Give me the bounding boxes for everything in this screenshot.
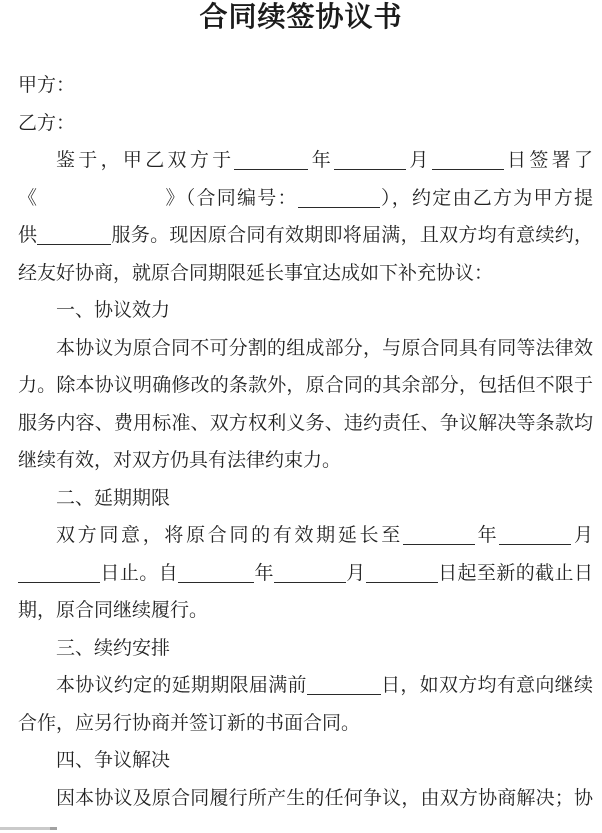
section-2-line-2: 日止。自年月日起至新的截止日: [18, 555, 593, 593]
text-run: 继续有效，对双方仍具有法律约束力。: [18, 450, 341, 471]
section-3-line-1: 本协议约定的延期期限届满前日，如双方均有意向继续: [18, 667, 593, 705]
section-2-line-1: 双方同意，将原合同的有效期延长至年月: [18, 517, 593, 555]
text-run: 服务内容、费用标准、双方权利义务、违约责任、争议解决等条款均: [18, 413, 593, 434]
text-run: 本协议约定的延期期限届满前: [56, 675, 307, 696]
preamble-line-3: 供服务。现因原合同有效期即将届满，且双方均有意续约，: [18, 217, 593, 255]
fill-in-blank-underline: [403, 544, 475, 545]
preamble-line-4: 经友好协商，就原合同期限延长事宜达成如下补充协议：: [18, 255, 593, 293]
fill-in-blank-underline: [178, 582, 254, 583]
title-spacer: [0, 34, 602, 67]
text-run: 因本协议及原合同履行所产生的任何争议，由双方协商解决；协: [56, 788, 593, 809]
section-1-line-3: 服务内容、费用标准、双方权利义务、违约责任、争议解决等条款均: [18, 405, 593, 443]
fill-in-blank-underline: [499, 544, 571, 545]
text-run: 力。除本协议明确修改的条款外，原合同的其余部分，包括但不限于: [18, 375, 593, 396]
fill-in-blank-underline: [298, 207, 380, 208]
text-run: 日止。自: [100, 563, 178, 584]
text-run: 二、延期期限: [56, 488, 170, 509]
preamble-line-2: 《》（合同编号：），约定由乙方为甲方提: [18, 180, 593, 218]
text-run: 一、协议效力: [56, 300, 170, 321]
fill-in-blank-underline: [234, 169, 308, 170]
section-2-heading: 二、延期期限: [18, 480, 593, 518]
page-edge-artifact: [0, 827, 57, 830]
text-run: 鉴于，甲乙双方于: [56, 150, 234, 171]
text-run: 服务。现因原合同有效期即将届满，且双方均有意续约，: [111, 225, 593, 246]
text-run: 供: [18, 225, 37, 246]
section-1-line-4: 继续有效，对双方仍具有法律约束力。: [18, 442, 593, 480]
text-run: 》（合同编号：: [164, 188, 297, 209]
text-run: 日签署了: [504, 150, 593, 171]
text-run: 甲方：: [18, 75, 75, 96]
text-run: 三、续约安排: [56, 638, 170, 659]
section-3-line-2: 合作，应另行协商并签订新的书面合同。: [18, 705, 593, 743]
text-run: 年: [254, 563, 274, 584]
fill-in-blank-underline: [334, 169, 406, 170]
text-run: 本协议为原合同不可分割的组成部分，与原合同具有同等法律效: [56, 338, 593, 359]
text-run: 年: [475, 525, 499, 546]
book-title-empty-space: [38, 203, 164, 204]
text-run: 年: [308, 150, 334, 171]
section-4-heading: 四、争议解决: [18, 742, 593, 780]
text-run: 月: [346, 563, 366, 584]
section-1-line-1: 本协议为原合同不可分割的组成部分，与原合同具有同等法律效: [18, 330, 593, 368]
section-1-heading: 一、协议效力: [18, 292, 593, 330]
fill-in-blank-underline: [274, 582, 346, 583]
text-run: 经友好协商，就原合同期限延长事宜达成如下补充协议：: [18, 263, 493, 284]
text-run: 乙方：: [18, 113, 75, 134]
preamble-line-1: 鉴于，甲乙双方于年月日签署了: [18, 142, 593, 180]
fill-in-blank-underline: [18, 582, 100, 583]
fill-in-blank-underline: [366, 582, 438, 583]
text-run: 合作，应另行协商并签订新的书面合同。: [18, 713, 360, 734]
text-run: 期，原合同继续履行。: [18, 600, 208, 621]
section-1-line-2: 力。除本协议明确修改的条款外，原合同的其余部分，包括但不限于: [18, 367, 593, 405]
document-page: 合同续签协议书 甲方：乙方：鉴于，甲乙双方于年月日签署了《》（合同编号：），约定…: [0, 0, 602, 833]
text-run: 日起至新的截止日: [438, 563, 593, 584]
document-body: 甲方：乙方：鉴于，甲乙双方于年月日签署了《》（合同编号：），约定由乙方为甲方提供…: [0, 67, 602, 817]
text-run: 日，如双方均有意向继续: [381, 675, 593, 696]
section-4-line-1: 因本协议及原合同履行所产生的任何争议，由双方协商解决；协: [18, 780, 593, 818]
party-b-label: 乙方：: [18, 105, 593, 143]
section-2-line-3: 期，原合同继续履行。: [18, 592, 593, 630]
fill-in-blank-underline: [432, 169, 504, 170]
section-3-heading: 三、续约安排: [18, 630, 593, 668]
text-run: 月: [406, 150, 432, 171]
fill-in-blank-underline: [307, 694, 381, 695]
fill-in-blank-underline: [37, 244, 111, 245]
document-title: 合同续签协议书: [0, 0, 602, 34]
party-a-label: 甲方：: [18, 67, 593, 105]
text-run: 月: [571, 525, 593, 546]
text-run: 双方同意，将原合同的有效期延长至: [56, 525, 403, 546]
text-run: 四、争议解决: [56, 750, 170, 771]
text-run: 《: [18, 188, 38, 209]
text-run: ），约定由乙方为甲方提: [380, 188, 593, 209]
